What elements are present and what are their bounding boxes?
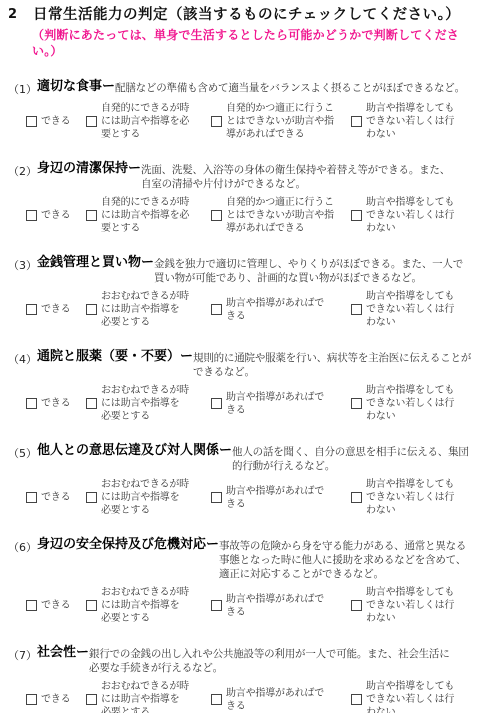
checkbox-icon[interactable]	[26, 492, 37, 503]
section-description: 配膳などの準備も含めて適当量をバランスよく摂ることがほぼできるなど。	[115, 79, 465, 95]
checkbox-icon[interactable]	[26, 398, 37, 409]
section-description: 他人の話を聞く、自分の意思を相手に伝える、集団 的行動が行えるなど。	[232, 443, 469, 473]
options-row: できる おおむねできるが時 には助言や指導を 必要とする 助言や指導があればで …	[8, 680, 478, 713]
section-heading: （7） 社会性ー 銀行での金銭の出し入れや公共施設等の利用が一人で可能。また、社…	[8, 645, 478, 675]
checkbox-icon[interactable]	[211, 398, 222, 409]
option-label: 助言や指導があればで きる	[226, 391, 324, 417]
judgment-instruction-note: （判断にあたっては、単身で生活するとしたら可能かどうかで判断してください。）	[32, 27, 478, 59]
option-level-1: できる	[26, 209, 86, 222]
option-label: できる	[41, 693, 70, 706]
option-label: おおむねできるが時 には助言や指導を 必要とする	[101, 680, 189, 713]
assessment-section: （3） 金銭管理と買い物ー 金銭を独力で適切に管理し、やりくりがほぼできる。また…	[8, 255, 478, 329]
option-label: できる	[41, 397, 70, 410]
checkbox-icon[interactable]	[211, 210, 222, 221]
option-label: できる	[41, 115, 70, 128]
daily-living-ability-form: 2 日常生活能力の判定（該当するものにチェックしてください。） （判断にあたって…	[0, 0, 483, 713]
option-level-2: おおむねできるが時 には助言や指導を 必要とする	[86, 290, 211, 329]
option-level-3: 助言や指導があればで きる	[211, 593, 351, 619]
option-level-4: 助言や指導をしても できない若しくは行 わない	[351, 586, 476, 625]
assessment-section: （6） 身辺の安全保持及び危機対応ー 事故等の危険から身を守る能力がある、通常と…	[8, 537, 478, 625]
checkbox-icon[interactable]	[26, 600, 37, 611]
option-level-1: できる	[26, 491, 86, 504]
option-level-3: 助言や指導があればで きる	[211, 687, 351, 713]
option-level-2: おおむねできるが時 には助言や指導を 必要とする	[86, 586, 211, 625]
section-heading: （1） 適切な食事ー 配膳などの準備も含めて適当量をバランスよく摂ることがほぼで…	[8, 79, 478, 97]
option-label: できる	[41, 599, 70, 612]
option-level-1: できる	[26, 599, 86, 612]
option-level-3: 助言や指導があればで きる	[211, 297, 351, 323]
option-level-4: 助言や指導をしても できない若しくは行 わない	[351, 102, 476, 141]
assessment-section: （7） 社会性ー 銀行での金銭の出し入れや公共施設等の利用が一人で可能。また、社…	[8, 645, 478, 713]
option-label: 自発的かつ適正に行うこ とはできないが助言や指 導があればできる	[226, 102, 334, 141]
option-level-2: 自発的にできるが時 には助言や指導を必 要とする	[86, 196, 211, 235]
options-row: できる おおむねできるが時 には助言や指導を 必要とする 助言や指導があればで …	[8, 290, 478, 329]
option-label: できる	[41, 303, 70, 316]
option-level-4: 助言や指導をしても できない若しくは行 わない	[351, 290, 476, 329]
option-level-4: 助言や指導をしても できない若しくは行 わない	[351, 680, 476, 713]
option-level-2: おおむねできるが時 には助言や指導を 必要とする	[86, 478, 211, 517]
option-label: 助言や指導をしても できない若しくは行 わない	[366, 586, 454, 625]
section-heading: （5） 他人との意思伝達及び対人関係ー 他人の話を聞く、自分の意思を相手に伝える…	[8, 443, 478, 473]
option-label: できる	[41, 209, 70, 222]
option-label: 自発的にできるが時 には助言や指導を必 要とする	[101, 196, 189, 235]
option-level-1: できる	[26, 693, 86, 706]
section-heading: （4） 通院と服薬（要・不要）ー 規則的に通院や服薬を行い、病状等を主治医に伝え…	[8, 349, 478, 379]
option-level-2: 自発的にできるが時 には助言や指導を必 要とする	[86, 102, 211, 141]
section-title: 金銭管理と買い物ー	[37, 255, 154, 270]
section-heading: （6） 身辺の安全保持及び危機対応ー 事故等の危険から身を守る能力がある、通常と…	[8, 537, 478, 581]
checkbox-icon[interactable]	[351, 398, 362, 409]
options-row: できる おおむねできるが時 には助言や指導を 必要とする 助言や指導があればで …	[8, 586, 478, 625]
option-label: 助言や指導をしても できない若しくは行 わない	[366, 680, 454, 713]
section-number: （2）	[8, 161, 37, 179]
option-label: おおむねできるが時 には助言や指導を 必要とする	[101, 290, 189, 329]
checkbox-icon[interactable]	[211, 116, 222, 127]
section-number: （4）	[8, 349, 37, 367]
option-level-4: 助言や指導をしても できない若しくは行 わない	[351, 384, 476, 423]
checkbox-icon[interactable]	[211, 600, 222, 611]
checkbox-icon[interactable]	[26, 116, 37, 127]
section-title: 身辺の安全保持及び危機対応ー	[37, 537, 219, 552]
option-label: 助言や指導があればで きる	[226, 485, 324, 511]
section-number: （7）	[8, 645, 37, 663]
section-description: 金銭を独力で適切に管理し、やりくりがほぼできる。また、一人で 買い物が可能であり…	[154, 255, 463, 285]
option-label: 助言や指導があればで きる	[226, 687, 324, 713]
checkbox-icon[interactable]	[86, 116, 97, 127]
checkbox-icon[interactable]	[26, 304, 37, 315]
option-level-3: 助言や指導があればで きる	[211, 485, 351, 511]
checkbox-icon[interactable]	[351, 210, 362, 221]
option-label: 助言や指導をしても できない若しくは行 わない	[366, 290, 454, 329]
options-row: できる 自発的にできるが時 には助言や指導を必 要とする 自発的かつ適正に行うこ…	[8, 196, 478, 235]
section-number: （5）	[8, 443, 37, 461]
option-label: 助言や指導をしても できない若しくは行 わない	[366, 384, 454, 423]
assessment-section: （1） 適切な食事ー 配膳などの準備も含めて適当量をバランスよく摂ることがほぼで…	[8, 79, 478, 141]
option-level-1: できる	[26, 115, 86, 128]
section-description: 洗面、洗髪、入浴等の身体の衛生保持や着替え等ができる。また、 自室の清掃や片付け…	[141, 161, 450, 191]
option-label: 自発的にできるが時 には助言や指導を必 要とする	[101, 102, 189, 141]
options-row: できる おおむねできるが時 には助言や指導を 必要とする 助言や指導があればで …	[8, 478, 478, 517]
option-label: 自発的かつ適正に行うこ とはできないが助言や指 導があればできる	[226, 196, 334, 235]
form-title-row: 2 日常生活能力の判定（該当するものにチェックしてください。）	[8, 5, 478, 25]
checkbox-icon[interactable]	[86, 304, 97, 315]
option-label: できる	[41, 491, 70, 504]
section-number: （6）	[8, 537, 37, 555]
option-level-2: おおむねできるが時 には助言や指導を 必要とする	[86, 680, 211, 713]
option-label: 助言や指導があればで きる	[226, 297, 324, 323]
options-row: できる おおむねできるが時 には助言や指導を 必要とする 助言や指導があればで …	[8, 384, 478, 423]
checkbox-icon[interactable]	[211, 492, 222, 503]
section-number: （3）	[8, 255, 37, 273]
checkbox-icon[interactable]	[86, 210, 97, 221]
option-label: 助言や指導をしても できない若しくは行 わない	[366, 196, 454, 235]
option-label: おおむねできるが時 には助言や指導を 必要とする	[101, 586, 189, 625]
section-heading: （2） 身辺の清潔保持ー 洗面、洗髪、入浴等の身体の衛生保持や着替え等ができる。…	[8, 161, 478, 191]
option-level-1: できる	[26, 397, 86, 410]
section-title: 他人との意思伝達及び対人関係ー	[37, 443, 232, 458]
form-header: 2 日常生活能力の判定（該当するものにチェックしてください。） （判断にあたって…	[8, 5, 478, 59]
item-number: 2	[8, 5, 33, 22]
assessment-sections: （1） 適切な食事ー 配膳などの準備も含めて適当量をバランスよく摂ることがほぼで…	[8, 79, 478, 713]
section-description: 規則的に通院や服薬を行い、病状等を主治医に伝えることが できるなど。	[193, 349, 471, 379]
checkbox-icon[interactable]	[86, 492, 97, 503]
option-level-2: おおむねできるが時 には助言や指導を 必要とする	[86, 384, 211, 423]
options-row: できる 自発的にできるが時 には助言や指導を必 要とする 自発的かつ適正に行うこ…	[8, 102, 478, 141]
assessment-section: （4） 通院と服薬（要・不要）ー 規則的に通院や服薬を行い、病状等を主治医に伝え…	[8, 349, 478, 423]
option-level-3: 助言や指導があればで きる	[211, 391, 351, 417]
checkbox-icon[interactable]	[26, 210, 37, 221]
section-heading: （3） 金銭管理と買い物ー 金銭を独力で適切に管理し、やりくりがほぼできる。また…	[8, 255, 478, 285]
option-label: 助言や指導をしても できない若しくは行 わない	[366, 478, 454, 517]
option-label: 助言や指導をしても できない若しくは行 わない	[366, 102, 454, 141]
option-level-4: 助言や指導をしても できない若しくは行 わない	[351, 478, 476, 517]
section-title: 社会性ー	[37, 645, 89, 660]
option-label: おおむねできるが時 には助言や指導を 必要とする	[101, 478, 189, 517]
form-title: 日常生活能力の判定（該当するものにチェックしてください。）	[33, 5, 460, 25]
checkbox-icon[interactable]	[26, 694, 37, 705]
checkbox-icon[interactable]	[211, 304, 222, 315]
assessment-section: （5） 他人との意思伝達及び対人関係ー 他人の話を聞く、自分の意思を相手に伝える…	[8, 443, 478, 517]
checkbox-icon[interactable]	[351, 116, 362, 127]
option-level-4: 助言や指導をしても できない若しくは行 わない	[351, 196, 476, 235]
section-number: （1）	[8, 79, 37, 97]
checkbox-icon[interactable]	[351, 600, 362, 611]
section-title: 身辺の清潔保持ー	[37, 161, 141, 176]
checkbox-icon[interactable]	[86, 600, 97, 611]
section-title: 通院と服薬（要・不要）ー	[37, 349, 193, 364]
checkbox-icon[interactable]	[351, 492, 362, 503]
option-label: 助言や指導があればで きる	[226, 593, 324, 619]
section-description: 銀行での金銭の出し入れや公共施設等の利用が一人で可能。また、社会生活に 必要な手…	[89, 645, 450, 675]
checkbox-icon[interactable]	[211, 694, 222, 705]
option-label: おおむねできるが時 には助言や指導を 必要とする	[101, 384, 189, 423]
section-description: 事故等の危険から身を守る能力がある、通常と異なる 事態となった時に他人に援助を求…	[219, 537, 466, 581]
assessment-section: （2） 身辺の清潔保持ー 洗面、洗髪、入浴等の身体の衛生保持や着替え等ができる。…	[8, 161, 478, 235]
section-title: 適切な食事ー	[37, 79, 115, 94]
option-level-3: 自発的かつ適正に行うこ とはできないが助言や指 導があればできる	[211, 102, 351, 141]
checkbox-icon[interactable]	[351, 694, 362, 705]
checkbox-icon[interactable]	[351, 304, 362, 315]
checkbox-icon[interactable]	[86, 398, 97, 409]
option-level-3: 自発的かつ適正に行うこ とはできないが助言や指 導があればできる	[211, 196, 351, 235]
checkbox-icon[interactable]	[86, 694, 97, 705]
option-level-1: できる	[26, 303, 86, 316]
